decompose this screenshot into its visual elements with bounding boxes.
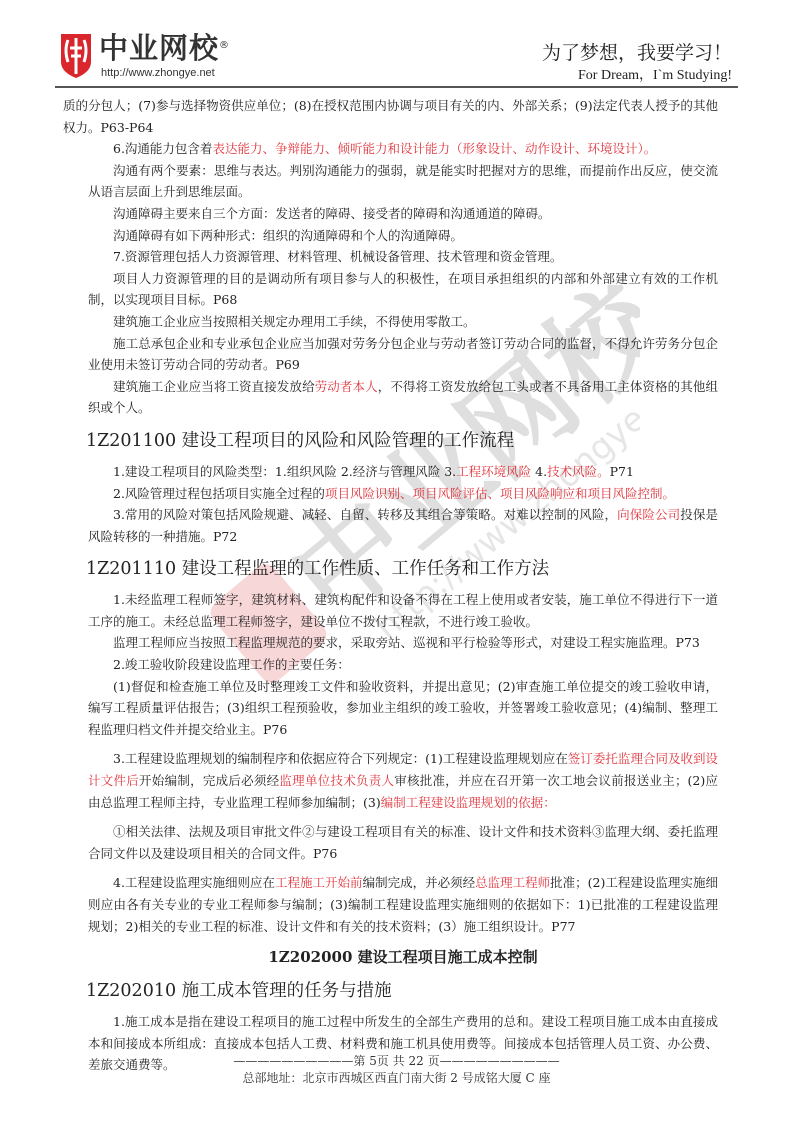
paragraph: ①相关法律、法规及项目审批文件②与建设工程项目有关的标准、设计文件和技术资料③监… — [88, 821, 718, 864]
page-header: 中业网校® http://www.zhongye.net 为了梦想，我要学习！ … — [55, 30, 740, 84]
chapter-heading-1z202000: 1Z202000 建设工程项目施工成本控制 — [88, 945, 718, 969]
brand-url: http://www.zhongye.net — [101, 67, 215, 79]
paragraph: 质的分包人；(7)参与选择物资供应单位；(8)在授权范围内协调与项目有关的内、外… — [63, 95, 718, 138]
paragraph: 3.工程建设监理规划的编制程序和依据应符合下列规定：(1)工程建设监理规划应在签… — [88, 748, 718, 813]
paragraph: 7.资源管理包括人力资源管理、材料管理、机械设备管理、技术管理和资金管理。 — [88, 246, 718, 268]
page-footer: ——————————第 5页 共 22 页—————————— 总部地址：北京市… — [0, 1053, 793, 1087]
paragraph: 2.风险管理过程包括项目实施全过程的项目风险识别、项目风险评估、项目风险响应和项… — [88, 483, 718, 505]
brand-name: 中业网校® — [99, 30, 230, 66]
paragraph: 沟通障碍主要来自三个方面：发送者的障碍、接受者的障碍和沟通通道的障碍。 — [88, 203, 718, 225]
paragraph: 建筑施工企业应当将工资直接发放给劳动者本人，不得将工资发放给包工头或者不具备用工… — [88, 376, 718, 419]
section-heading-1z201110: 1Z201110 建设工程监理的工作性质、工作任务和工作方法 — [86, 557, 718, 581]
paragraph: 施工总承包企业和专业承包企业应当加强对劳务分包企业与劳动者签订劳动合同的监督，不… — [88, 333, 718, 376]
paragraph: 4.工程建设监理实施细则应在工程施工开始前编制完成，并必须经总监理工程师批准；(… — [88, 872, 718, 937]
page-number: ——————————第 5页 共 22 页—————————— — [0, 1053, 793, 1070]
paragraph: 3.常用的风险对策包括风险规避、减轻、自留、转移及其组合等策略。对难以控制的风险… — [88, 504, 718, 547]
header-divider — [55, 86, 738, 88]
highlight: 表达能力、争辩能力、倾听能力和设计能力（形象设计、动作设计、环境设计）。 — [212, 141, 656, 156]
slogan-chinese: 为了梦想，我要学习！ — [542, 38, 732, 65]
paragraph: 沟通障碍有如下两种形式：组织的沟通障碍和个人的沟通障碍。 — [88, 225, 718, 247]
paragraph: 建筑施工企业应当按照相关规定办理用工手续，不得使用零散工。 — [88, 311, 718, 333]
zhongye-logo-icon — [59, 32, 93, 80]
paragraph: 监理工程师应当按照工程监理规范的要求，采取旁站、巡视和平行检验等形式，对建设工程… — [88, 632, 718, 654]
paragraph: 1.建设工程项目的风险类型：1.组织风险 2.经济与管理风险 3.工程环境风险 … — [88, 461, 718, 483]
section-heading-1z201100: 1Z201100 建设工程项目的风险和风险管理的工作流程 — [86, 429, 718, 453]
paragraph: 6.沟通能力包含着表达能力、争辩能力、倾听能力和设计能力（形象设计、动作设计、环… — [88, 138, 718, 160]
paragraph: 沟通有两个要素：思维与表达。判别沟通能力的强弱，就是能实时把握对方的思维，而提前… — [88, 160, 718, 203]
paragraph: (1)督促和检查施工单位及时整理竣工文件和验收资料，并提出意见；(2)审查施工单… — [88, 676, 718, 741]
section-heading-1z202010: 1Z202010 施工成本管理的任务与措施 — [86, 979, 718, 1003]
paragraph: 项目人力资源管理的目的是调动所有项目参与人的积极性，在项目承担组织的内部和外部建… — [88, 268, 718, 311]
address: 总部地址：北京市西城区西直门南大街 2 号成铭大厦 C 座 — [0, 1070, 793, 1087]
paragraph: 2.竣工验收阶段建设监理工作的主要任务： — [88, 654, 718, 676]
document-body: 质的分包人；(7)参与选择物资供应单位；(8)在授权范围内协调与项目有关的内、外… — [88, 95, 718, 1076]
slogan-english: For Dream，I`m Studying! — [578, 64, 732, 84]
paragraph: 1.未经监理工程师签字，建筑材料、建筑构配件和设备不得在工程上使用或者安装，施工… — [88, 589, 718, 632]
highlight: 劳动者本人 — [315, 379, 378, 394]
